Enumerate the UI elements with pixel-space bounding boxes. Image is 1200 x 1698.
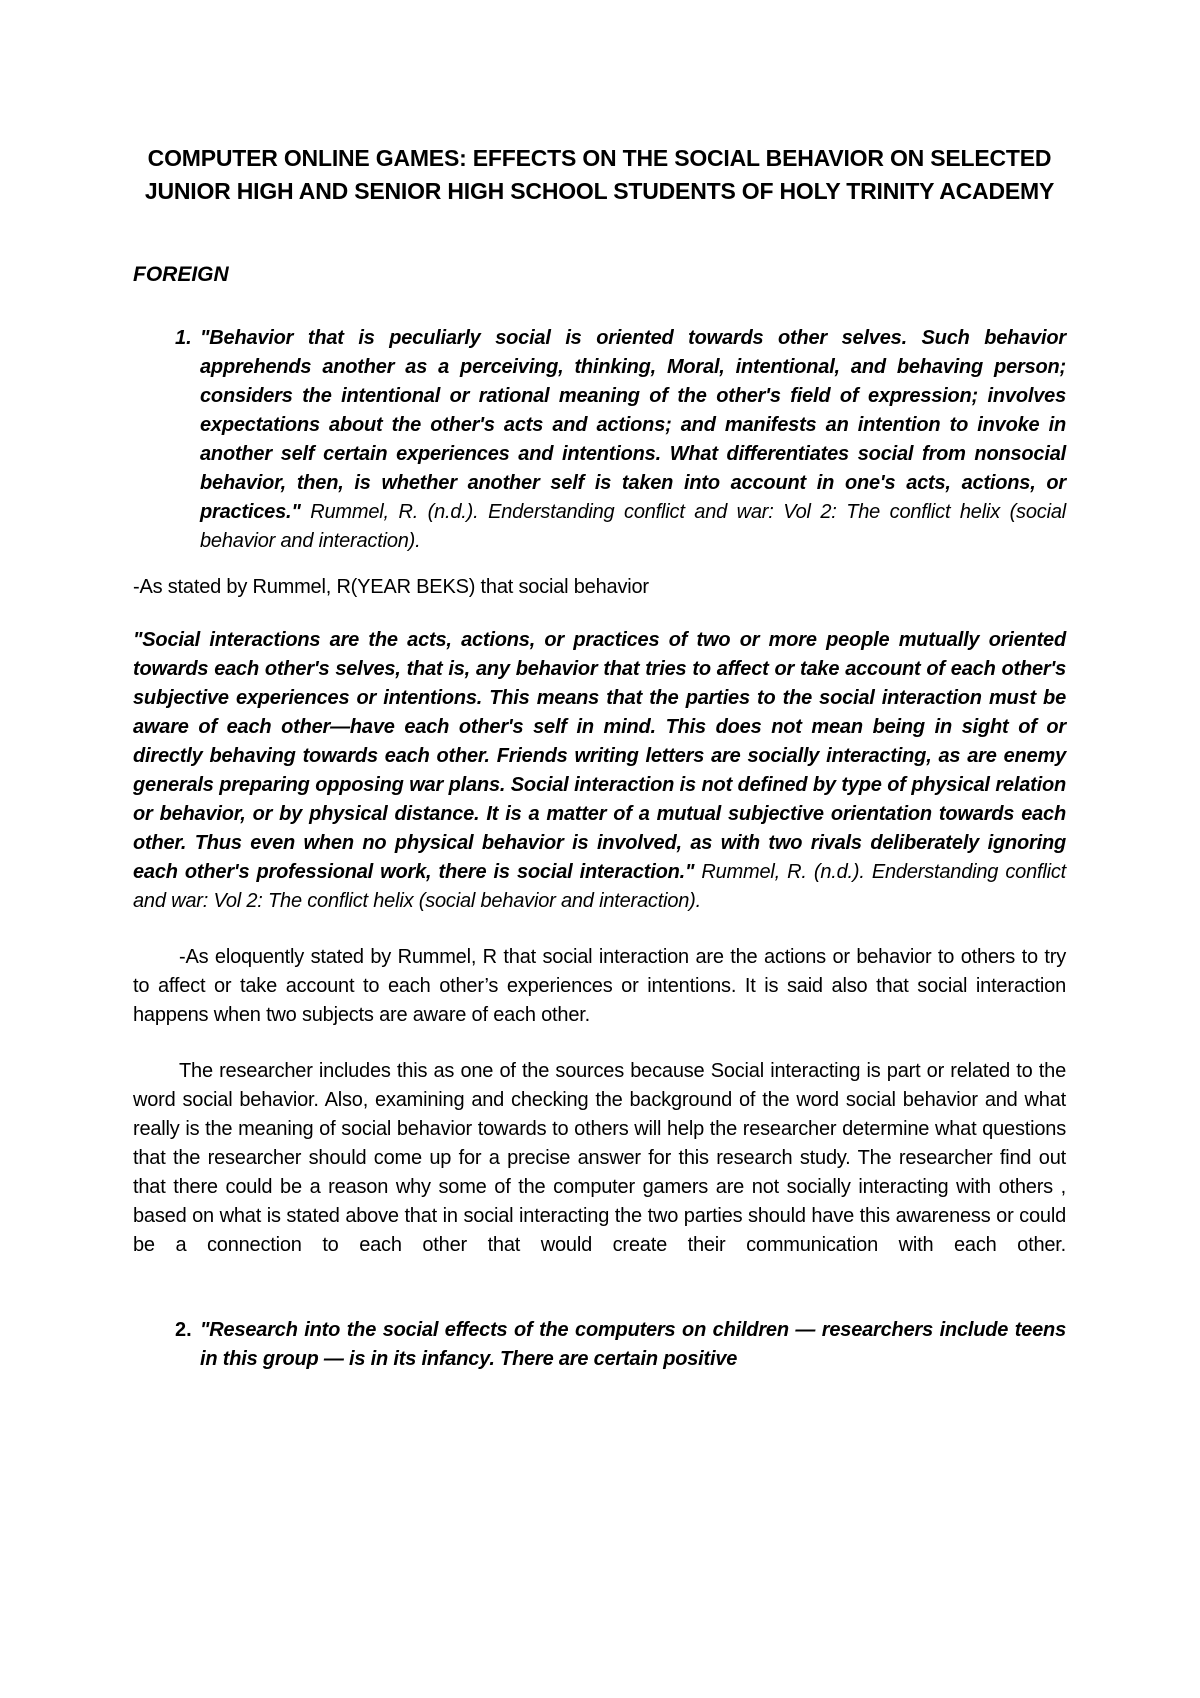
paragraph-researcher-analysis: The researcher includes this as one of t… <box>133 1057 1066 1260</box>
document-title: COMPUTER ONLINE GAMES: EFFECTS ON THE SO… <box>133 142 1066 208</box>
document-page: COMPUTER ONLINE GAMES: EFFECTS ON THE SO… <box>0 0 1200 1698</box>
list-number-1: 1. <box>175 324 200 556</box>
block-quote-text: "Social interactions are the acts, actio… <box>133 629 1066 883</box>
quote-1-paragraph: "Behavior that is peculiarly social is o… <box>200 324 1066 556</box>
numbered-quote-item-2: 2. "Research into the social effects of … <box>133 1316 1066 1374</box>
section-heading-foreign: FOREIGN <box>133 262 1066 288</box>
numbered-quote-item-1: 1. "Behavior that is peculiarly social i… <box>133 324 1066 556</box>
list-number-2: 2. <box>175 1316 200 1374</box>
quote-1-text: "Behavior that is peculiarly social is o… <box>200 327 1066 523</box>
quote-2-paragraph: "Research into the social effects of the… <box>200 1316 1066 1374</box>
quote-1-citation: Rummel, R. (n.d.). Enderstanding conflic… <box>200 501 1066 552</box>
block-quote-paragraph: "Social interactions are the acts, actio… <box>133 626 1066 916</box>
attribution-note-line: -As stated by Rummel, R(YEAR BEKS) that … <box>133 573 1066 602</box>
paragraph-interpretation: -As eloquently stated by Rummel, R that … <box>133 943 1066 1030</box>
page-content: COMPUTER ONLINE GAMES: EFFECTS ON THE SO… <box>133 142 1066 1374</box>
quote-2-text: "Research into the social effects of the… <box>200 1319 1066 1370</box>
